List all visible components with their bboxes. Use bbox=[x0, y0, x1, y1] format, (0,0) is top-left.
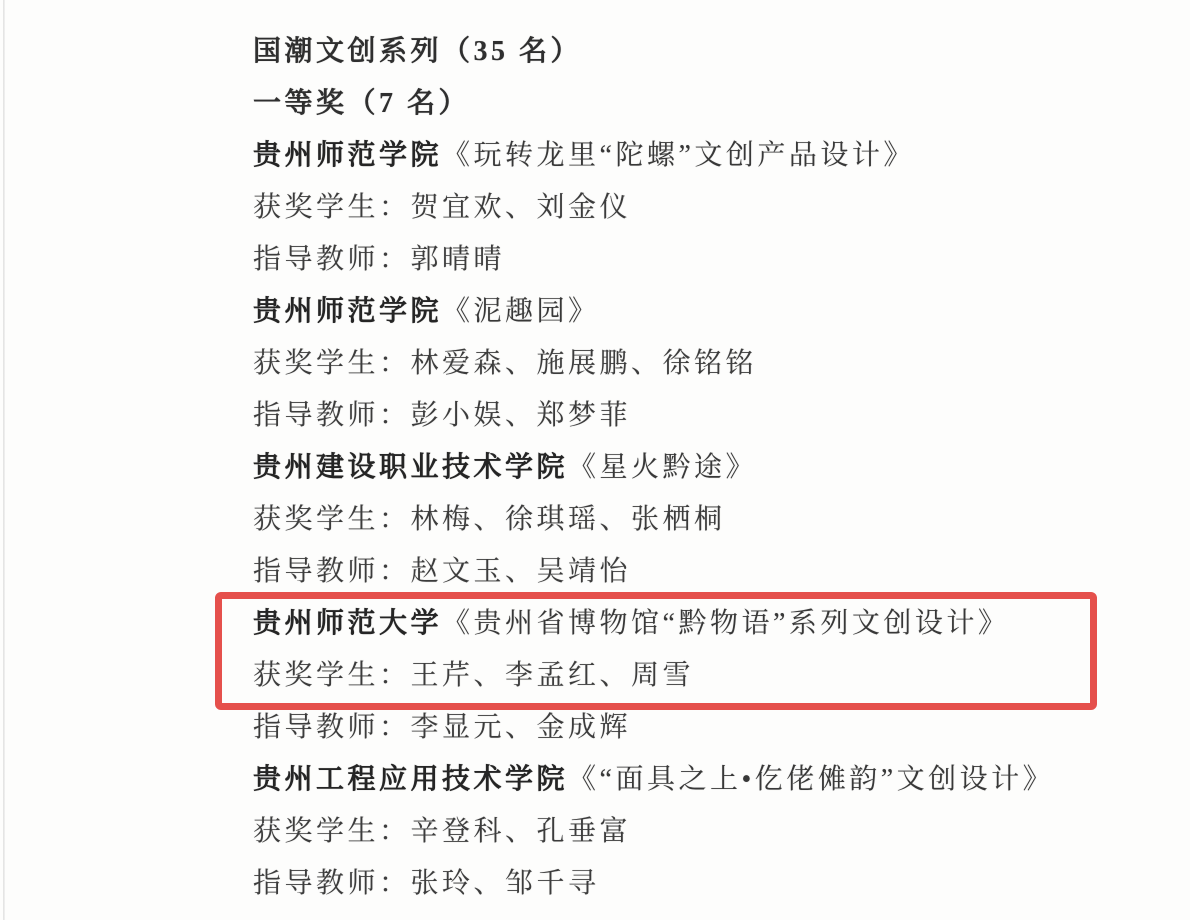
entry-teachers-line: 指导教师：赵文玉、吴靖怡 bbox=[253, 543, 1150, 595]
entry-students-line: 获奖学生：林爱森、施展鹏、徐铭铭 bbox=[253, 335, 1150, 387]
series-heading: 国潮文创系列（35 名） bbox=[253, 23, 1150, 75]
entry-students-line: 获奖学生：贺宜欢、刘金仪 bbox=[253, 179, 1150, 231]
work-title: 《“面具之上•仡佬傩韵”文创设计》 bbox=[568, 757, 1054, 797]
entry-teachers-line: 指导教师：彭小娱、郑梦菲 bbox=[253, 387, 1150, 439]
work-title: 《星火黔途》 bbox=[568, 445, 757, 485]
work-title: 《玩转龙里“陀螺”文创产品设计》 bbox=[442, 133, 915, 173]
school-name: 贵州工程应用技术学院 bbox=[253, 757, 568, 797]
entry-school-line: 贵州建设职业技术学院《星火黔途》 bbox=[253, 439, 1150, 491]
award-entry-highlighted: 贵州师范大学《贵州省博物馆“黔物语”系列文创设计》 获奖学生：王芹、李孟红、周雪… bbox=[253, 595, 1150, 751]
school-name: 贵州师范学院 bbox=[253, 289, 442, 329]
award-list: 国潮文创系列（35 名） 一等奖（7 名） 贵州师范学院《玩转龙里“陀螺”文创产… bbox=[0, 0, 1190, 907]
award-entry: 贵州师范学院《泥趣园》 获奖学生：林爱森、施展鹏、徐铭铭 指导教师：彭小娱、郑梦… bbox=[253, 283, 1150, 439]
entry-school-line: 贵州师范学院《玩转龙里“陀螺”文创产品设计》 bbox=[253, 127, 1150, 179]
entry-students-line: 获奖学生：林梅、徐琪瑶、张栖桐 bbox=[253, 491, 1150, 543]
school-name: 贵州师范大学 bbox=[253, 601, 442, 641]
work-title: 《贵州省博物馆“黔物语”系列文创设计》 bbox=[442, 601, 1009, 641]
entry-students-line: 获奖学生：王芹、李孟红、周雪 bbox=[253, 647, 1150, 699]
entry-students-line: 获奖学生：辛登科、孔垂富 bbox=[253, 803, 1150, 855]
entry-teachers-line: 指导教师：张玲、邹千寻 bbox=[253, 855, 1150, 907]
award-level-heading: 一等奖（7 名） bbox=[253, 75, 1150, 127]
entry-teachers-line: 指导教师：李显元、金成辉 bbox=[253, 699, 1150, 751]
scanned-document-page: { "document": { "series_heading": "国潮文创系… bbox=[0, 0, 1190, 920]
entry-school-line: 贵州师范大学《贵州省博物馆“黔物语”系列文创设计》 bbox=[253, 595, 1150, 647]
award-entry: 贵州师范学院《玩转龙里“陀螺”文创产品设计》 获奖学生：贺宜欢、刘金仪 指导教师… bbox=[253, 127, 1150, 283]
school-name: 贵州师范学院 bbox=[253, 133, 442, 173]
entry-school-line: 贵州师范学院《泥趣园》 bbox=[253, 283, 1150, 335]
award-entry: 贵州建设职业技术学院《星火黔途》 获奖学生：林梅、徐琪瑶、张栖桐 指导教师：赵文… bbox=[253, 439, 1150, 595]
award-entry: 贵州工程应用技术学院《“面具之上•仡佬傩韵”文创设计》 获奖学生：辛登科、孔垂富… bbox=[253, 751, 1150, 907]
entry-teachers-line: 指导教师：郭晴晴 bbox=[253, 231, 1150, 283]
school-name: 贵州建设职业技术学院 bbox=[253, 445, 568, 485]
work-title: 《泥趣园》 bbox=[442, 289, 600, 329]
entry-school-line: 贵州工程应用技术学院《“面具之上•仡佬傩韵”文创设计》 bbox=[253, 751, 1150, 803]
